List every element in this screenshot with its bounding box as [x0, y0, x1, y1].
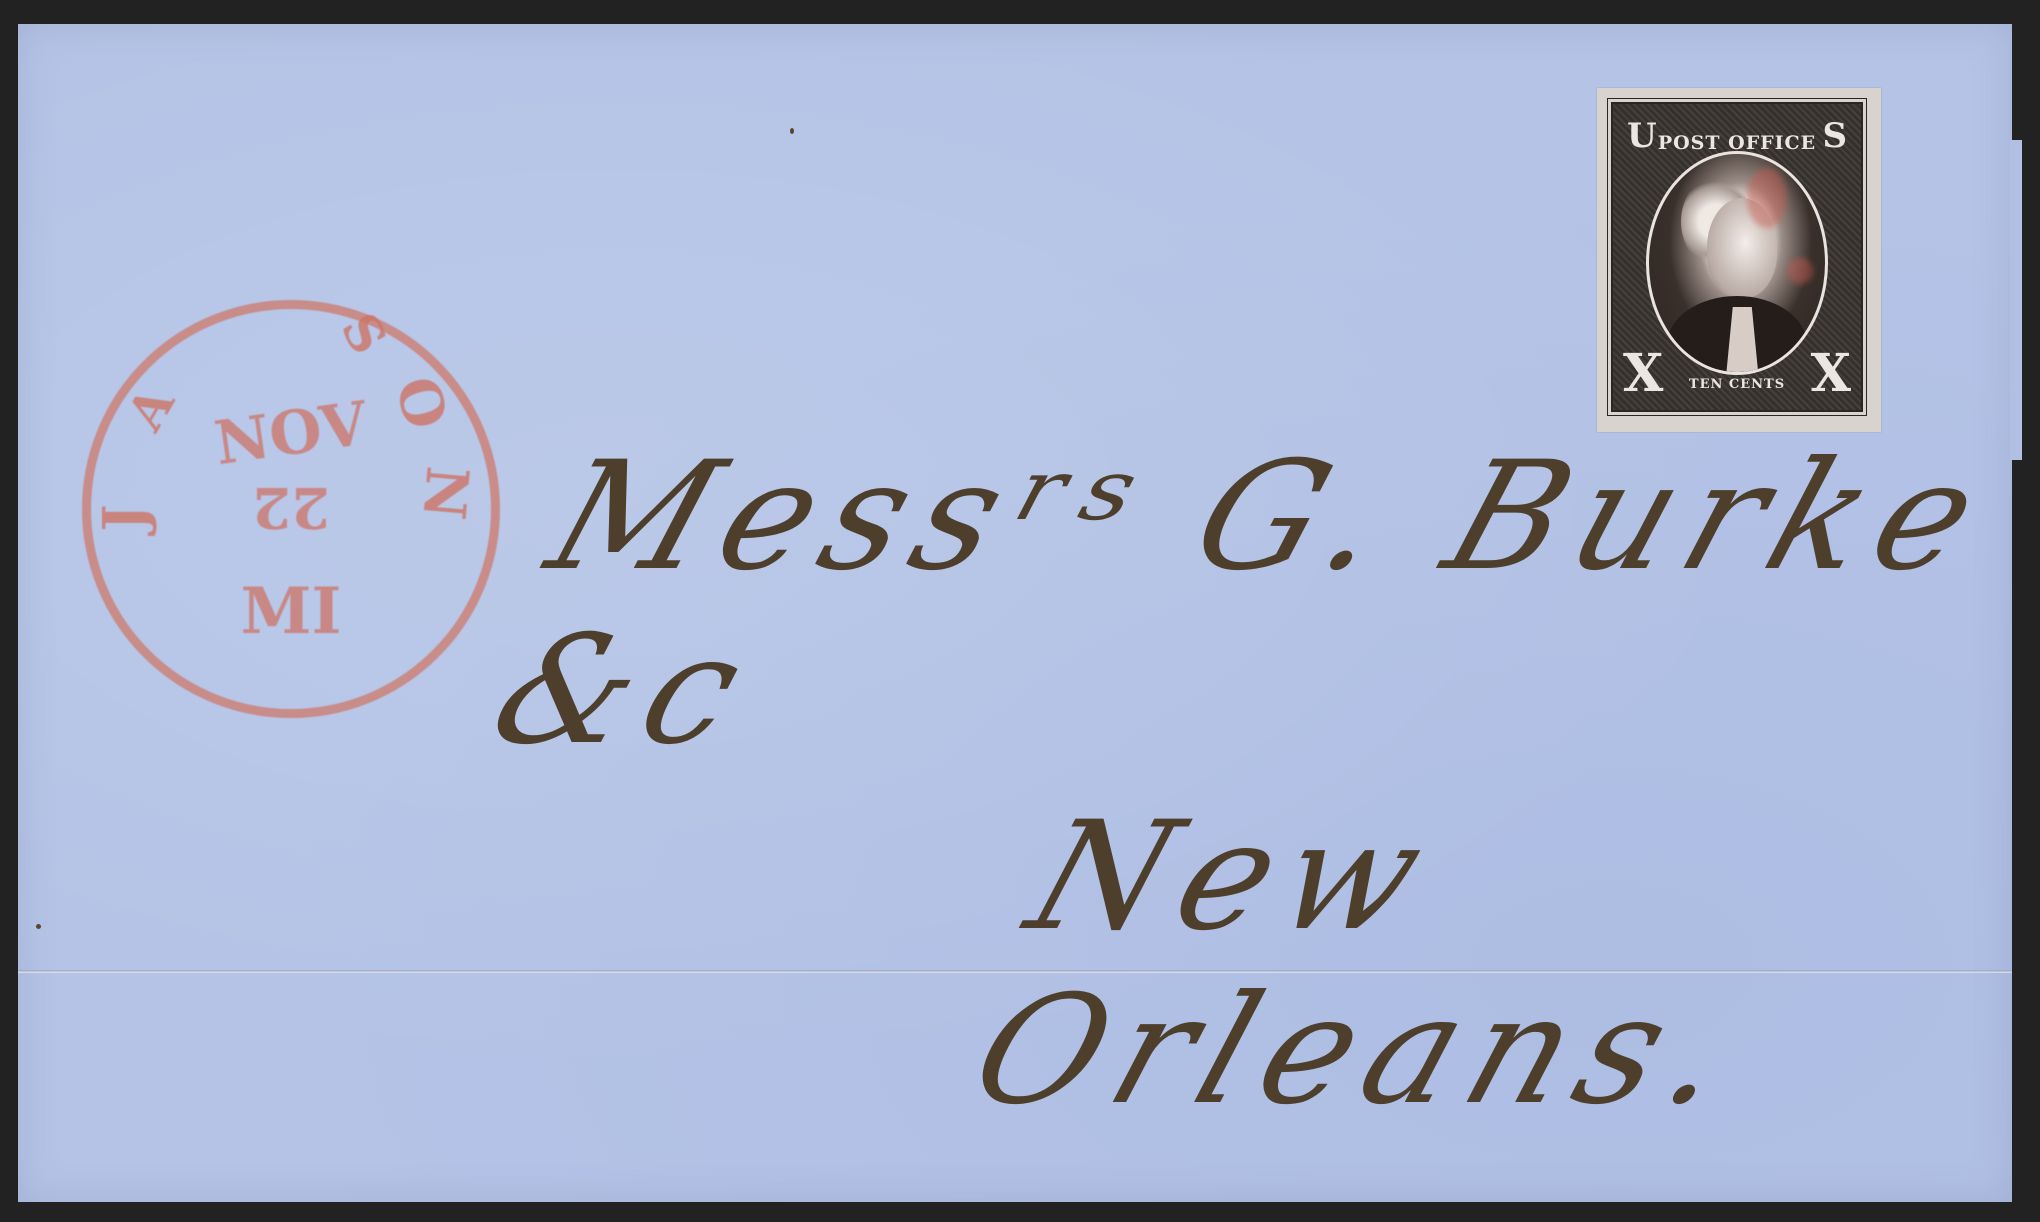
- letter-flap-edge: [2010, 140, 2022, 460]
- address-line-2: New Orleans.: [953, 790, 2040, 1138]
- paper-speck: [36, 924, 41, 929]
- postmark-day: 22: [91, 474, 491, 540]
- postage-stamp: U S POST OFFICE X X TEN CENTS: [1597, 88, 1881, 432]
- postmark-state: MI: [91, 574, 491, 649]
- postmark-town-letter: S: [329, 303, 398, 364]
- paper-speck: [790, 128, 794, 134]
- stamp-frame: U S POST OFFICE X X TEN CENTS: [1611, 102, 1863, 412]
- red-cancel-mark: [1747, 168, 1787, 228]
- stamp-numeral-right: X: [1811, 343, 1851, 404]
- stamp-ten-cents: TEN CENTS: [1613, 377, 1861, 392]
- postmark-circle: J A S O N NOV 22 MI: [82, 300, 500, 718]
- stamp-numeral-left: X: [1623, 343, 1663, 404]
- address-line-1: Messʳˢ G. Burke &c: [473, 430, 2040, 778]
- red-cancel-mark: [1787, 258, 1813, 284]
